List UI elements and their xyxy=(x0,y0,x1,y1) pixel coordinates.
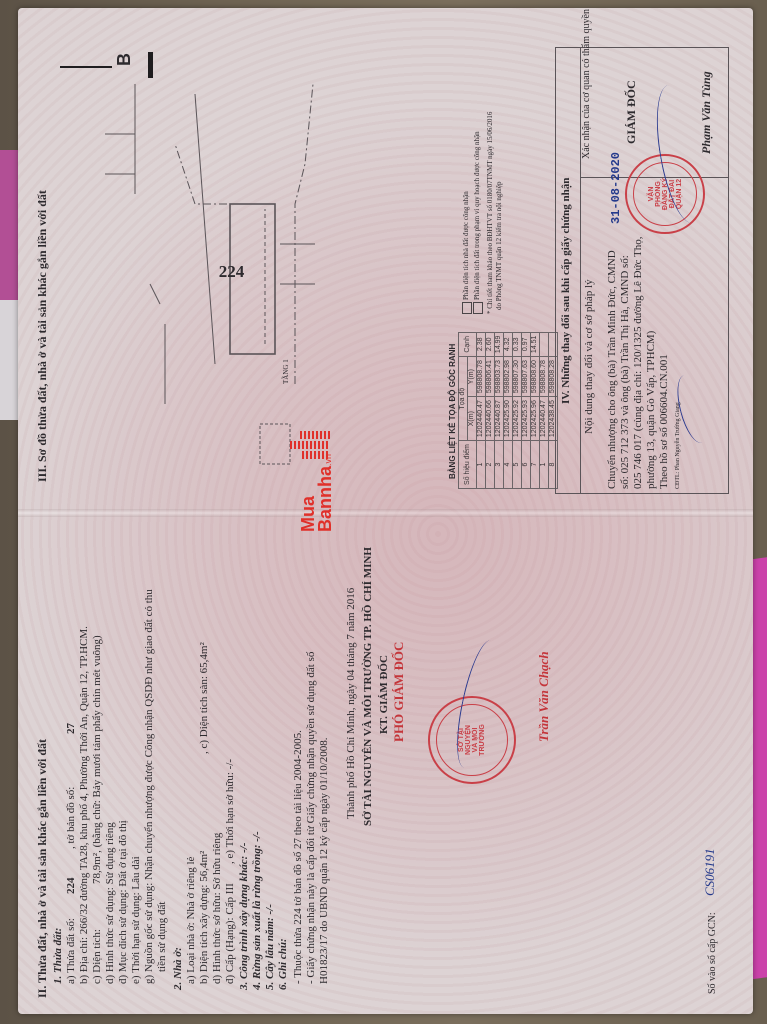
change-line-3: 025 746 017 (cùng địa chỉ: 120/1325 đườn… xyxy=(632,237,645,489)
coord-table: Số hiệu điểm Tọa độ Cạnh X(m) Y(m) 11202… xyxy=(458,332,558,489)
signer-name-left: Trần Văn Chạch xyxy=(537,651,550,742)
change-director-title: GIÁM ĐỐC xyxy=(625,80,638,144)
registry-number: CS06191 xyxy=(703,848,716,896)
coord-cell: 1 xyxy=(540,441,549,489)
coord-cell: 598802.98 xyxy=(504,357,513,397)
land-area-value: 78,9m², (bằng chữ: Bảy mươi tám phẩy chí… xyxy=(91,635,104,884)
coord-row: 11202440.47598808.782.38 xyxy=(477,332,486,488)
house-grade: đ) Cấp (Hạng): Cấp III xyxy=(224,883,237,984)
coord-header-y: Y(m) xyxy=(468,357,477,397)
land-origin: g) Nguồn gốc sử dụng: Nhận chuyển nhượng… xyxy=(143,589,156,984)
legend-swatch-2 xyxy=(473,302,483,314)
legend-note-2: do Phòng TNMT quận 12 kiểm tra nội nghiệ… xyxy=(493,182,506,310)
issuing-agency: SỞ TÀI NGUYÊN VÀ MÔI TRƯỜNG TP. HỒ CHÍ M… xyxy=(362,547,375,826)
changes-title: IV. Những thay đổi sau khi cấp giấy chứn… xyxy=(560,178,573,404)
land-use-form: d) Hình thức sử dụng: Sử dụng riêng xyxy=(104,822,117,984)
land-use-term: e) Thời hạn sử dụng: Lâu dài xyxy=(130,856,143,984)
note-line-3: H01823/17 do UBND quận 12 ký cấp ngày 01… xyxy=(318,737,331,984)
signing-place-date: Thành phố Hồ Chí Minh, ngày 04 tháng 7 n… xyxy=(345,588,358,819)
legend-item-2: Phần diện tích đất trong phạm vi quy hoạ… xyxy=(471,131,484,300)
map-sheet-number: 27 xyxy=(65,723,78,734)
coord-row: 31202440.87598803.7314.99 xyxy=(495,332,504,488)
changes-col-confirmation: Xác nhận của cơ quan có thẩm quyền xyxy=(580,9,593,159)
coord-cell: 4 xyxy=(504,441,513,489)
map-sheet-label: , tờ bản đồ số: xyxy=(65,787,78,849)
coord-cell: 2 xyxy=(486,441,495,489)
watermark-line-2: Bannha xyxy=(315,466,335,532)
coord-row: 21202440.66598806.412.60 xyxy=(486,332,495,488)
coord-cell: 598808.60 xyxy=(531,357,540,397)
deputy-director-title: PHÓ GIÁM ĐỐC xyxy=(392,642,405,742)
north-arrow-label: B xyxy=(118,53,131,66)
house-floor-area: , c) Diện tích sàn: 65,4m² xyxy=(198,642,211,754)
section-iii-title: III. Sơ đồ thửa đất, nhà ở và tài sản kh… xyxy=(36,190,49,482)
coord-cell: 1202425.96 xyxy=(531,397,540,441)
house-ownership-term: , e) Thời hạn sở hữu: -/- xyxy=(224,759,237,864)
house-ownership-form: d) Hình thức sở hữu: Sở hữu riêng xyxy=(211,833,224,984)
coord-cell: 598803.73 xyxy=(495,357,504,397)
coord-cell: 5 xyxy=(513,441,522,489)
coord-row: 61202425.93598807.630.97 xyxy=(522,332,531,488)
coord-cell: 598807.30 xyxy=(513,357,522,397)
coord-row: 51202425.92598807.300.33 xyxy=(513,332,522,488)
coord-cell: 1202440.47 xyxy=(540,397,549,441)
notes-heading: 6. Ghi chú: xyxy=(277,938,290,990)
land-area-label: c) Diện tích: xyxy=(91,929,104,984)
changes-col-content: Nội dung thay đổi và cơ sở pháp lý xyxy=(583,279,596,434)
coord-cell: 1202440.47 xyxy=(477,397,486,441)
coord-cell: 0.97 xyxy=(522,332,531,357)
coord-header-point: Số hiệu điểm xyxy=(459,441,477,489)
parcel-number: 224 xyxy=(219,265,245,278)
watermark-building-icon xyxy=(290,431,330,459)
coord-cell: 1 xyxy=(477,441,486,489)
change-line-5: Theo hồ sơ số 006604.CN.001 xyxy=(658,354,671,489)
watermark-logo: Mua Bannha.vn xyxy=(300,454,337,532)
signer-name-right: Phạm Văn Tùng xyxy=(700,71,713,154)
coord-header-edge: Cạnh xyxy=(459,332,477,357)
land-use-certificate: II. Thửa đất, nhà ở và tài sản khác gắn … xyxy=(0,0,767,1024)
coord-cell: 2.60 xyxy=(486,332,495,357)
change-date-stamp: 31-08-2020 xyxy=(610,152,623,224)
note-line-2: - Giấy chứng nhận này là cấp đổi từ Giấy… xyxy=(305,652,318,984)
coord-cell: 1202425.93 xyxy=(522,397,531,441)
coord-cell: 0.33 xyxy=(513,332,522,357)
coord-cell: 598808.78 xyxy=(540,357,549,397)
coord-cell: 14.51 xyxy=(531,332,540,357)
north-arrow-icon xyxy=(60,66,112,68)
coord-cell: 1202425.92 xyxy=(513,397,522,441)
land-origin-cont: tiền sử dụng đất xyxy=(156,902,169,972)
coord-cell: 4.32 xyxy=(504,332,513,357)
section-ii-title: II. Thửa đất, nhà ở và tài sản khác gắn … xyxy=(36,739,49,998)
coord-row: 71202425.96598808.6014.51 xyxy=(531,332,540,488)
change-line-4: phường 13, quận Gò Vấp, TPHCM) xyxy=(645,331,658,489)
coord-cell: 3 xyxy=(495,441,504,489)
legend-swatch-1 xyxy=(462,302,472,314)
coord-cell: 2.38 xyxy=(477,332,486,357)
perennial-trees: 5. Cây lâu năm: -/- xyxy=(264,904,277,990)
center-fold xyxy=(18,509,753,517)
kt-director: KT. GIÁM ĐỐC xyxy=(378,655,391,734)
coord-cell: 6 xyxy=(522,441,531,489)
scale-bar-icon xyxy=(148,52,153,78)
land-address: b) Địa chỉ: 266/32 đường TA28, khu phố 4… xyxy=(78,626,91,984)
planted-forest: 4. Rừng sản xuất là rừng trồng: -/- xyxy=(251,831,264,990)
coord-cell: 598807.63 xyxy=(522,357,531,397)
house-built-area: b) Diện tích xây dựng: 56,4m² xyxy=(198,851,211,984)
note-line-1: - Thuộc thửa 224 tờ bản đồ số 27 theo tà… xyxy=(292,730,305,984)
coord-header-x: X(m) xyxy=(468,397,477,441)
coord-row: 41202425.90598802.984.32 xyxy=(504,332,513,488)
coord-cell: 1202425.90 xyxy=(504,397,513,441)
change-line-1: Chuyển nhượng cho ông (bà) Trần Minh Đức… xyxy=(606,250,619,489)
coord-row: 11202440.47598808.78 xyxy=(540,332,549,488)
coord-header-group: Tọa độ xyxy=(459,357,468,441)
coord-cell: 598806.41 xyxy=(486,357,495,397)
house-type: a) Loại nhà ở: Nhà ở riêng lẻ xyxy=(185,857,198,984)
coord-cell: 1202440.66 xyxy=(486,397,495,441)
land-parcel-label: a) Thửa đất số: xyxy=(65,918,78,984)
coord-cell xyxy=(540,332,549,357)
change-line-2: số: 025 712 373 và ông (bà) Trần Thị Hà,… xyxy=(619,255,632,489)
land-use-purpose: đ) Mục đích sử dụng: Đất ở tại đô thị xyxy=(117,820,130,984)
other-works: 3. Công trình xây dựng khác: -/- xyxy=(238,843,251,990)
registry-label: Số vào sổ cấp GCN: xyxy=(706,912,719,994)
coord-cell: 1202440.87 xyxy=(495,397,504,441)
land-heading: 1. Thửa đất: xyxy=(52,928,65,984)
coord-cell: 14.99 xyxy=(495,332,504,357)
house-heading: 2. Nhà ở: xyxy=(172,947,185,990)
coord-cell: 598808.78 xyxy=(477,357,486,397)
floor-label: TẦNG 1 xyxy=(280,359,293,384)
coord-cell: 7 xyxy=(531,441,540,489)
land-parcel-number: 224 xyxy=(65,878,78,895)
